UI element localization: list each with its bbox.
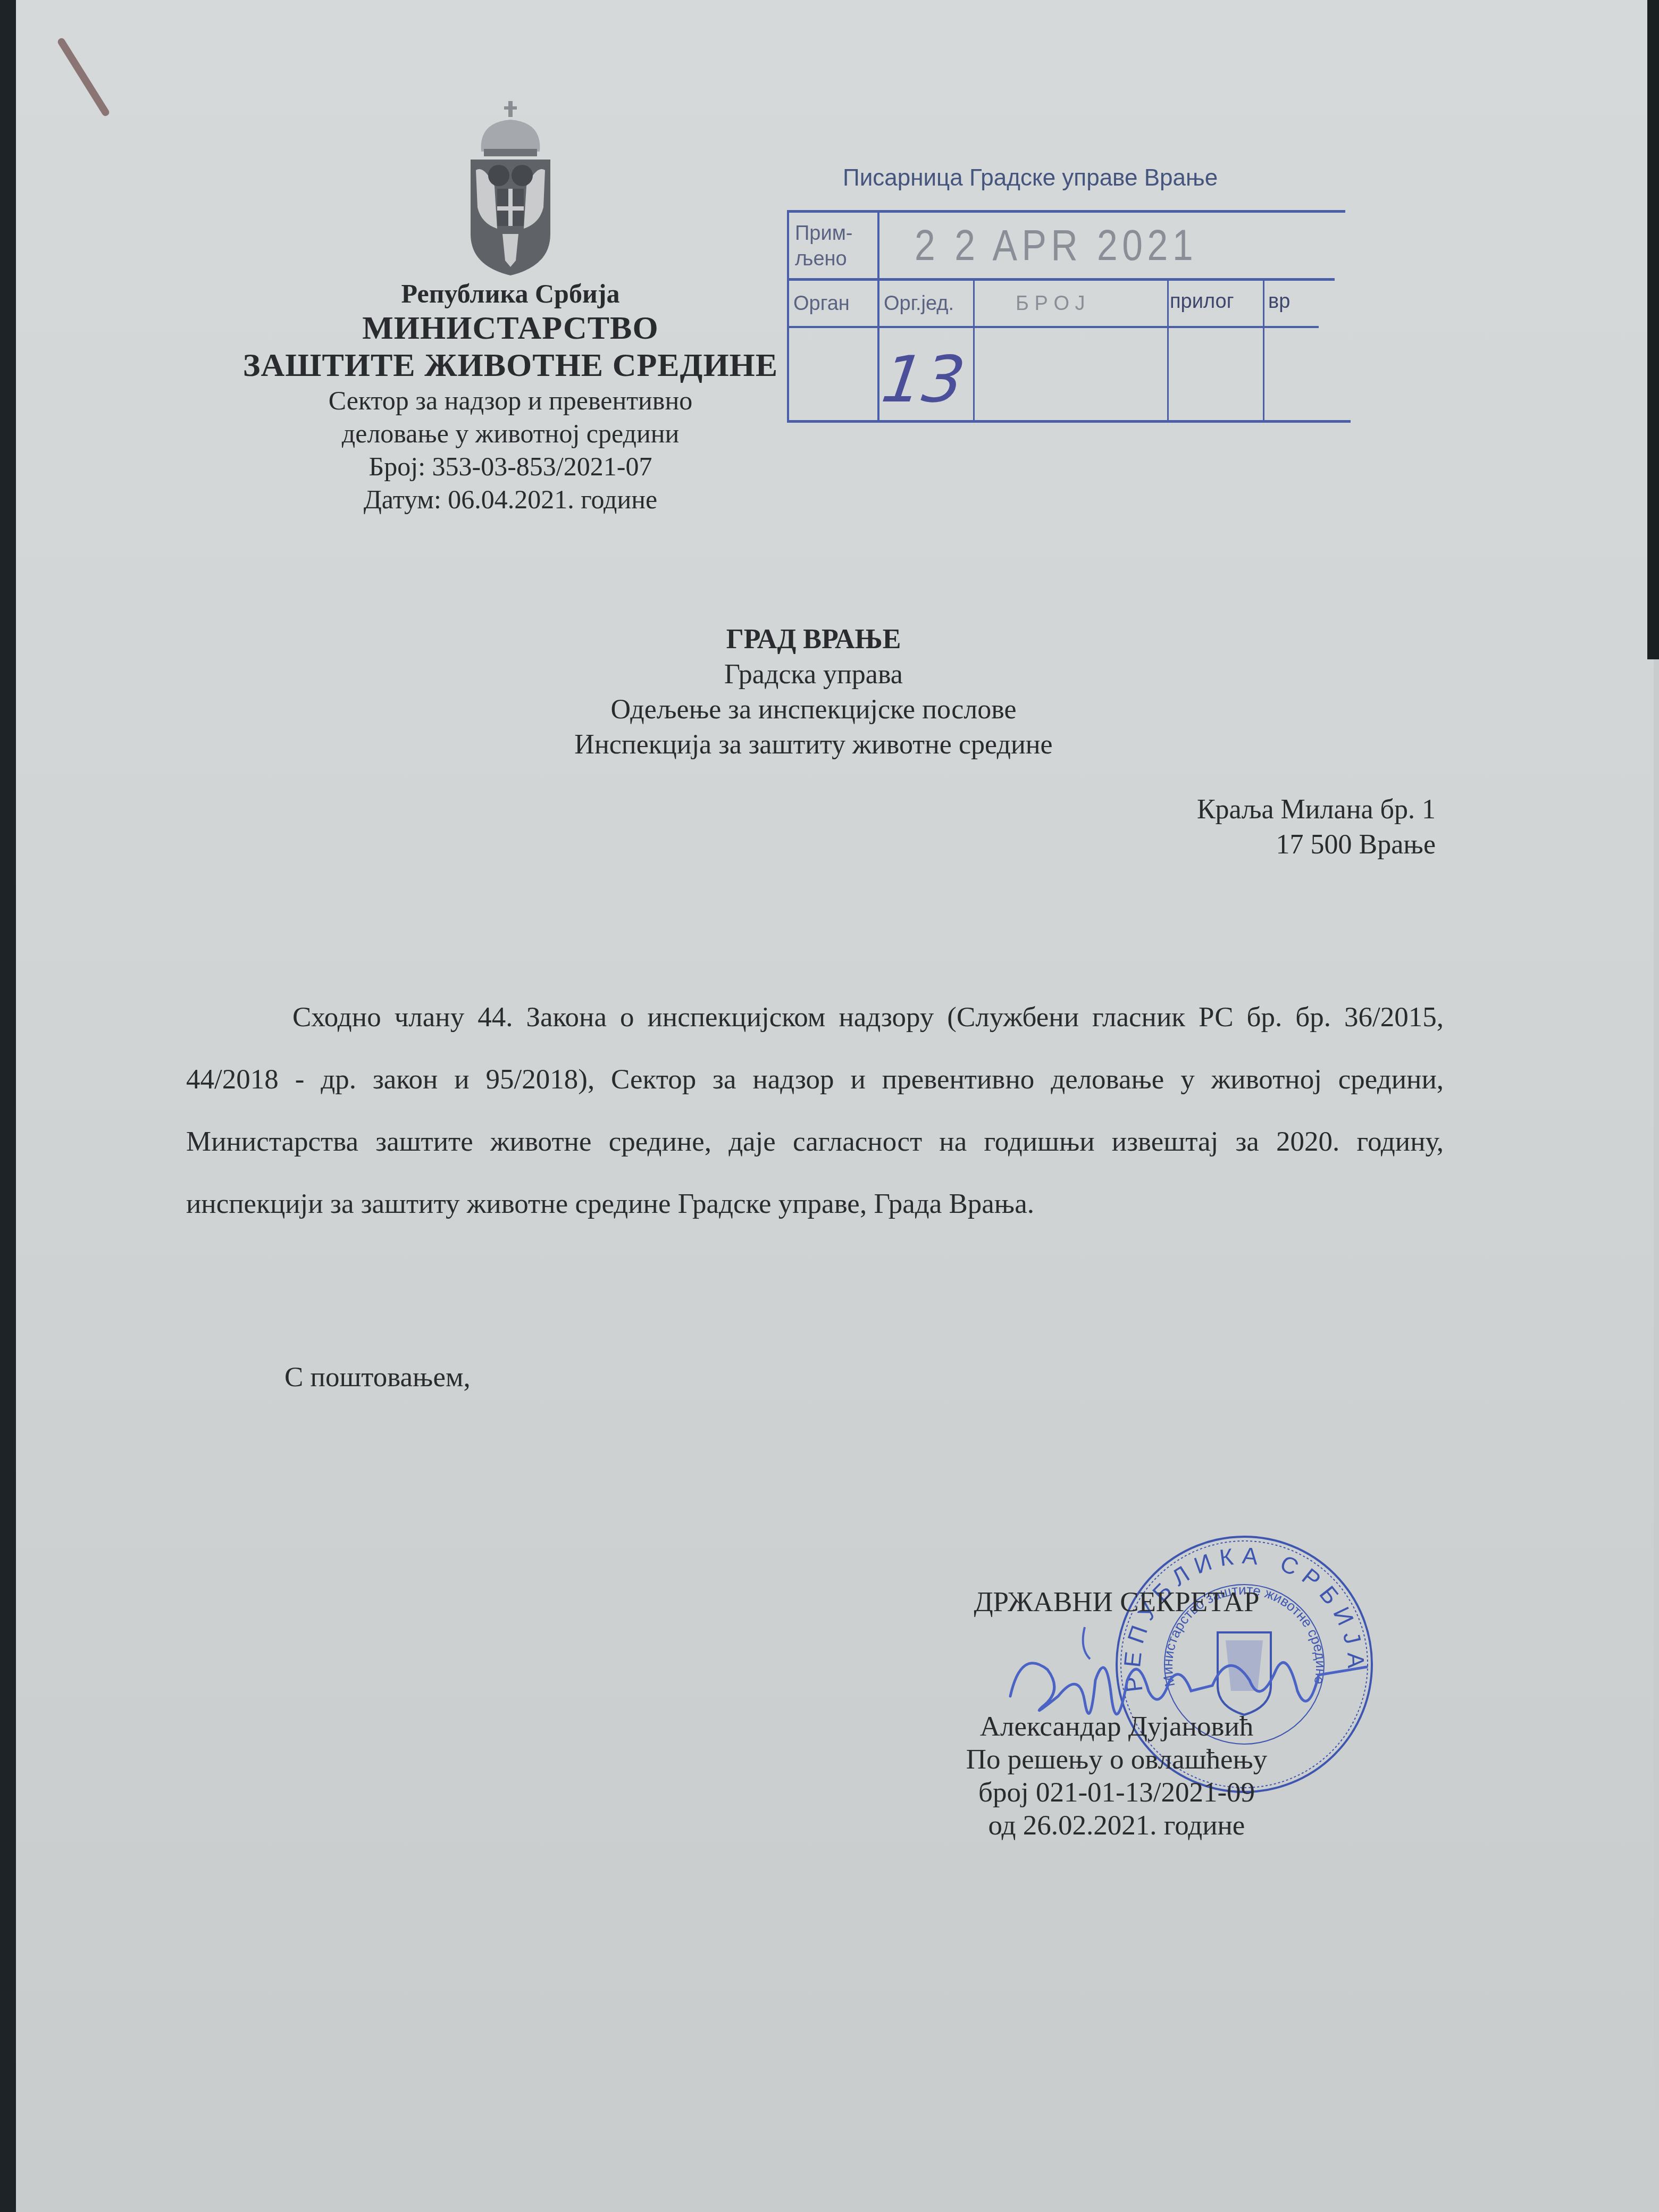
recipient-line: Одељење за инспекцијске послове: [479, 692, 1149, 727]
sector-line1: Сектор за надзор и превентивно: [202, 384, 819, 417]
stamp-received-date: 2 2 APR 2021: [915, 221, 1197, 271]
ministry-name-line1: МИНИСТАРСТВО: [202, 309, 819, 347]
stamp-column-value: вр: [1268, 289, 1290, 314]
pen-mark: [56, 37, 111, 118]
serbian-coat-of-arms-icon: [463, 101, 558, 276]
body-paragraph: Сходно члану 44. Закона о инспекцијском …: [186, 986, 1444, 1235]
document-number: Број: 353-03-853/2021-07: [202, 450, 819, 483]
stamp-column-org-unit: Орг.јед.: [884, 291, 954, 316]
stamp-grid: Прим- љено 2 2 APR 2021 Орган Орг.јед. Б…: [787, 210, 1345, 428]
recipient-title: ГРАД ВРАЊЕ: [479, 622, 1149, 657]
handwritten-signature: [1000, 1616, 1372, 1749]
letterhead: Република Србија МИНИСТАРСТВО ЗАШТИТЕ ЖИ…: [202, 101, 819, 516]
closing-salutation: С поштовањем,: [284, 1361, 471, 1393]
background-edge-right: [1647, 0, 1659, 659]
stamp-org-unit-value: 13: [877, 343, 969, 417]
address-city: 17 500 Врање: [1197, 827, 1436, 862]
recipient-line: Градска управа: [479, 657, 1149, 692]
address-street: Краља Милана бр. 1: [1197, 792, 1436, 827]
recipient-line: Инспекција за заштиту животне средине: [479, 727, 1149, 763]
authorization-number: број 021-01-13/2021-09: [915, 1776, 1319, 1809]
stamp-title: Писарница Градске управе Врање: [843, 165, 1218, 191]
recipient-address: Краља Милана бр. 1 17 500 Врање: [1197, 792, 1436, 862]
registry-stamp: Писарница Градске управе Врање Прим- љен…: [787, 160, 1361, 425]
stamp-column-attachment: прилог: [1170, 289, 1234, 314]
recipient-block: ГРАД ВРАЊЕ Градска управа Одељење за инс…: [479, 622, 1149, 763]
country-name: Република Србија: [202, 278, 819, 309]
signatory-title: ДРЖАВНИ СЕКРЕТАР: [915, 1585, 1319, 1620]
sector-line2: деловање у животној средини: [202, 417, 819, 450]
stamp-column-number: Б Р О Ј: [1016, 291, 1085, 316]
stamp-received-label: Прим- љено: [795, 221, 852, 272]
document-date: Датум: 06.04.2021. године: [202, 483, 819, 516]
authorization-date: од 26.02.2021. године: [915, 1809, 1319, 1842]
background-edge-left: [0, 0, 16, 2212]
ministry-name-line2: ЗАШТИТЕ ЖИВОТНЕ СРЕДИНЕ: [202, 347, 819, 384]
stamp-column-organ: Орган: [793, 291, 850, 316]
